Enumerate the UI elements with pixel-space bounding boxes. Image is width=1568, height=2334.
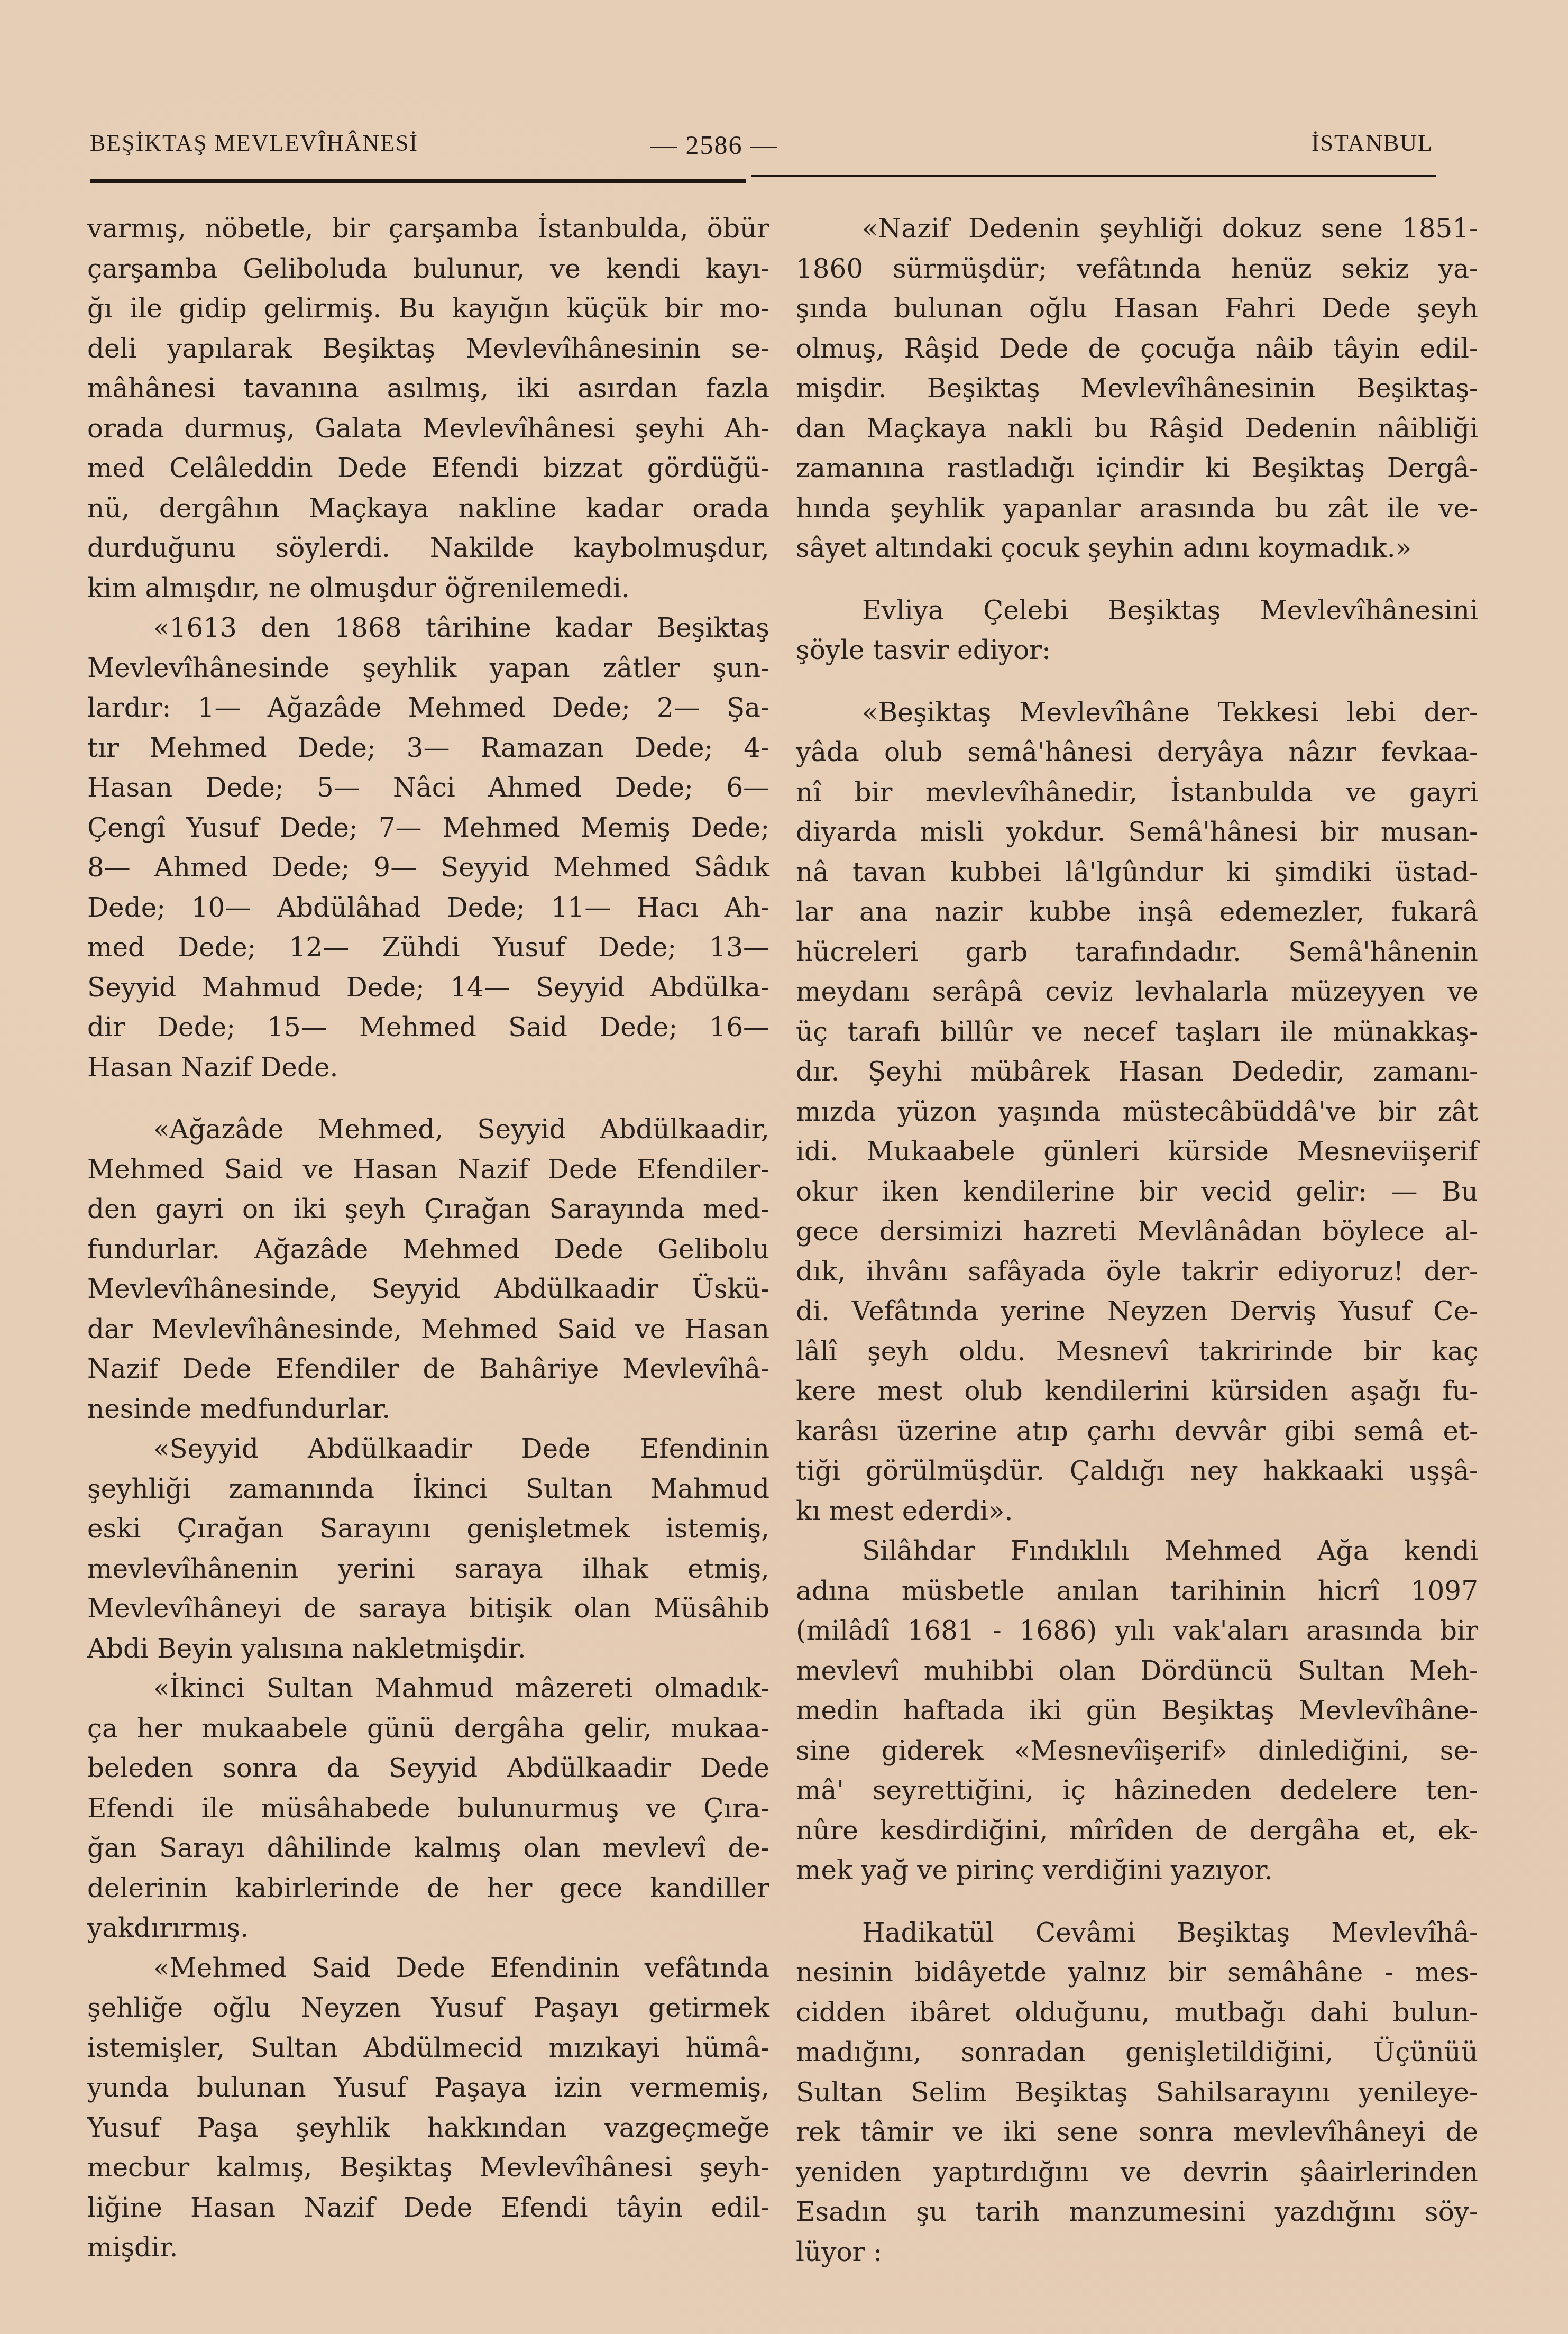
text-line: hında şeyhlik yapanlar arasında bu zât i… bbox=[796, 489, 1478, 529]
text-line: Abdi Beyin yalısına nakletmişdir. bbox=[87, 1629, 769, 1669]
paragraph: Evliya Çelebi Beşiktaş Mevlevîhânesinişö… bbox=[796, 591, 1478, 671]
text-line: Silâhdar Fındıklılı Mehmed Ağa kendi bbox=[796, 1531, 1478, 1571]
text-line: di. Vefâtında yerine Neyzen Derviş Yusuf… bbox=[796, 1292, 1478, 1332]
text-line: eski Çırağan Sarayını genişletmek istemi… bbox=[87, 1509, 769, 1549]
right-column: «Nazif Dedenin şeyhliği dokuz sene 1851-… bbox=[796, 209, 1478, 2272]
text-line: deli yapılarak Beşiktaş Mevlevîhânesinin… bbox=[87, 329, 769, 369]
header-rule-left bbox=[90, 179, 746, 183]
running-header: BEŞİKTAŞ MEVLEVÎHÂNESİ — 2586 — İSTANBUL bbox=[90, 124, 1433, 172]
text-line: den gayri on iki şeyh Çırağan Sarayında … bbox=[87, 1189, 769, 1230]
text-line: hücreleri garb tarafındadır. Semâ'hâneni… bbox=[796, 932, 1478, 973]
text-line: dır. Şeyhi mübârek Hasan Dededir, zamanı… bbox=[796, 1052, 1478, 1092]
text-line: «Beşiktaş Mevlevîhâne Tekkesi lebi der- bbox=[796, 693, 1478, 733]
text-line: mâhânesi tavanına asılmış, iki asırdan f… bbox=[87, 369, 769, 409]
text-line: Yusuf Paşa şeyhlik hakkından vazgeçmeğe bbox=[87, 2108, 769, 2148]
text-line: olmuş, Râşid Dede de çocuğa nâib tâyin e… bbox=[796, 329, 1478, 369]
text-line: meydanı serâpâ ceviz levhalarla müzeyyen… bbox=[796, 972, 1478, 1012]
text-line: lüyor : bbox=[796, 2232, 1478, 2273]
text-line: ğan Sarayı dâhilinde kalmış olan mevlevî… bbox=[87, 1828, 769, 1869]
text-line: Esadın şu tarih manzumesini yazdığını sö… bbox=[796, 2192, 1478, 2232]
text-line: zamanına rastladığı içindir ki Beşiktaş … bbox=[796, 449, 1478, 489]
paragraph: «Seyyid Abdülkaadir Dede Efendininşeyhli… bbox=[87, 1429, 769, 1669]
text-line: şehliğe oğlu Neyzen Yusuf Paşayı getirme… bbox=[87, 1988, 769, 2028]
text-line: adına müsbetle anılan tarihinin hicrî 10… bbox=[796, 1571, 1478, 1612]
text-line: dan Maçkaya nakli bu Râşid Dedenin nâibl… bbox=[796, 409, 1478, 449]
text-line: kı mest ederdi». bbox=[796, 1491, 1478, 1532]
paragraph: «Mehmed Said Dede Efendinin vefâtındaşeh… bbox=[87, 1948, 769, 2268]
paragraph: «Beşiktaş Mevlevîhâne Tekkesi lebi der-y… bbox=[796, 693, 1478, 1532]
text-line: sâyet altındaki çocuk şeyhin adını koyma… bbox=[796, 528, 1478, 569]
text-line: kim almışdır, ne olmuşdur öğrenilemedi. bbox=[87, 569, 769, 609]
text-line: nesinde medfundurlar. bbox=[87, 1389, 769, 1430]
text-line: mevlevî muhibbi olan Dördüncü Sultan Meh… bbox=[796, 1651, 1478, 1691]
text-line: Mevlevîhânesinde, Seyyid Abdülkaadir Üsk… bbox=[87, 1269, 769, 1310]
text-line: yakdırırmış. bbox=[87, 1908, 769, 1948]
text-line: nesinin bidâyetde yalnız bir semâhâne - … bbox=[796, 1953, 1478, 1993]
paragraph-gap bbox=[796, 1891, 1478, 1913]
text-line: lâlî şeyh oldu. Mesnevî takririnde bir k… bbox=[796, 1332, 1478, 1372]
text-line: dir Dede; 15— Mehmed Said Dede; 16— bbox=[87, 1008, 769, 1048]
text-line: delerinin kabirlerinde de her gece kandi… bbox=[87, 1869, 769, 1909]
text-line: Seyyid Mahmud Dede; 14— Seyyid Abdülka- bbox=[87, 968, 769, 1008]
text-line: «Ağazâde Mehmed, Seyyid Abdülkaadir, bbox=[87, 1110, 769, 1150]
text-line: yeniden yaptırdığını ve devrin şâairleri… bbox=[796, 2153, 1478, 2193]
text-line: sine giderek «Mesnevîişerif» dinlediğini… bbox=[796, 1731, 1478, 1771]
paragraph: «İkinci Sultan Mahmud mâzereti olmadık-ç… bbox=[87, 1669, 769, 1948]
text-line: durduğunu söylerdi. Nakilde kaybolmuşdur… bbox=[87, 528, 769, 569]
text-line: medin haftada iki gün Beşiktaş Mevlevîhâ… bbox=[796, 1691, 1478, 1731]
paragraph: varmış, nöbetle, bir çarşamba İstanbulda… bbox=[87, 209, 769, 608]
text-line: gece dersimizi hazreti Mevlânâdan böylec… bbox=[796, 1212, 1478, 1252]
text-line: mecbur kalmış, Beşiktaş Mevlevîhânesi şe… bbox=[87, 2148, 769, 2188]
text-line: «Mehmed Said Dede Efendinin vefâtında bbox=[87, 1948, 769, 1989]
paragraph: «Ağazâde Mehmed, Seyyid Abdülkaadir,Mehm… bbox=[87, 1110, 769, 1429]
text-line: ğı ile gidip gelirmiş. Bu kayığın küçük … bbox=[87, 289, 769, 329]
text-line: med Celâleddin Dede Efendi bizzat gördüğ… bbox=[87, 449, 769, 489]
text-line: Mehmed Said ve Hasan Nazif Dede Efendile… bbox=[87, 1150, 769, 1190]
text-line: Hadikatül Cevâmi Beşiktaş Mevlevîhâ- bbox=[796, 1913, 1478, 1953]
text-line: mişdir. Beşiktaş Mevlevîhânesinin Beşikt… bbox=[796, 369, 1478, 409]
paragraph-gap bbox=[796, 569, 1478, 591]
text-line: şeyhliği zamanında İkinci Sultan Mahmud bbox=[87, 1469, 769, 1509]
text-line: beleden sonra da Seyyid Abdülkaadir Dede bbox=[87, 1749, 769, 1789]
text-line: Mevlevîhâneyi de saraya bitişik olan Müs… bbox=[87, 1589, 769, 1629]
text-line: dık, ihvânı safâyada öyle takrir ediyoru… bbox=[796, 1252, 1478, 1292]
text-line: rek tâmir ve iki sene sonra mevlevîhâney… bbox=[796, 2112, 1478, 2153]
header-section-title: BEŞİKTAŞ MEVLEVÎHÂNESİ bbox=[90, 130, 418, 157]
text-line: şöyle tasvir ediyor: bbox=[796, 630, 1478, 671]
text-line: nî bir mevlevîhânedir, İstanbulda ve gay… bbox=[796, 773, 1478, 813]
text-line: «İkinci Sultan Mahmud mâzereti olmadık- bbox=[87, 1669, 769, 1709]
text-line: mızda yüzon yaşında müstecâbüddâ've bir … bbox=[796, 1092, 1478, 1132]
text-line: nâ tavan kubbei lâ'lgûndur ki şimdiki üs… bbox=[796, 853, 1478, 893]
header-city: İSTANBUL bbox=[1312, 130, 1433, 157]
text-line: yâda olub semâ'hânesi deryâya nâzır fevk… bbox=[796, 733, 1478, 773]
text-line: med Dede; 12— Zühdi Yusuf Dede; 13— bbox=[87, 928, 769, 968]
text-line: «1613 den 1868 târihine kadar Beşiktaş bbox=[87, 608, 769, 648]
paragraph-gap bbox=[87, 1087, 769, 1110]
text-line: liğine Hasan Nazif Dede Efendi tâyin edi… bbox=[87, 2188, 769, 2228]
text-line: cidden ibâret olduğunu, mutbağı dahi bul… bbox=[796, 1993, 1478, 2033]
paragraph: Silâhdar Fındıklılı Mehmed Ağa kendiadın… bbox=[796, 1531, 1478, 1891]
text-line: Sultan Selim Beşiktaş Sahilsarayını yeni… bbox=[796, 2073, 1478, 2113]
text-line: karâsı üzerine atıp çarhı devvâr gibi se… bbox=[796, 1412, 1478, 1452]
text-line: tır Mehmed Dede; 3— Ramazan Dede; 4- bbox=[87, 728, 769, 768]
text-line: 8— Ahmed Dede; 9— Seyyid Mehmed Sâdık bbox=[87, 848, 769, 888]
text-line: Efendi ile müsâhabede bulunurmuş ve Çıra… bbox=[87, 1789, 769, 1829]
text-line: orada durmuş, Galata Mevlevîhânesi şeyhi… bbox=[87, 409, 769, 449]
text-line: «Seyyid Abdülkaadir Dede Efendinin bbox=[87, 1429, 769, 1469]
text-line: madığını, sonradan genişletildiğini, Üçü… bbox=[796, 2033, 1478, 2073]
header-rule-right bbox=[751, 175, 1436, 177]
text-line: yunda bulunan Yusuf Paşaya izin vermemiş… bbox=[87, 2068, 769, 2108]
text-line: diyarda misli yokdur. Semâ'hânesi bir mu… bbox=[796, 812, 1478, 853]
text-line: mişdir. bbox=[87, 2228, 769, 2268]
text-line: fundurlar. Ağazâde Mehmed Dede Gelibolu bbox=[87, 1230, 769, 1270]
text-line: idi. Mukaabele günleri kürside Mesneviiş… bbox=[796, 1132, 1478, 1172]
text-line: tiği görülmüşdür. Çaldığı ney hakkaaki u… bbox=[796, 1451, 1478, 1491]
text-line: Dede; 10— Abdülâhad Dede; 11— Hacı Ah- bbox=[87, 888, 769, 928]
paragraph: «Nazif Dedenin şeyhliği dokuz sene 1851-… bbox=[796, 209, 1478, 569]
paragraph-gap bbox=[796, 671, 1478, 693]
text-line: mek yağ ve pirinç verdiğini yazıyor. bbox=[796, 1851, 1478, 1891]
text-line: varmış, nöbetle, bir çarşamba İstanbulda… bbox=[87, 209, 769, 249]
text-line: çarşamba Geliboluda bulunur, ve kendi ka… bbox=[87, 249, 769, 289]
paragraph: «1613 den 1868 târihine kadar BeşiktaşMe… bbox=[87, 608, 769, 1087]
paragraph: Hadikatül Cevâmi Beşiktaş Mevlevîhâ-nesi… bbox=[796, 1913, 1478, 2273]
text-line: nûre kesdirdiğini, mîrîden de dergâha et… bbox=[796, 1811, 1478, 1851]
page-number: — 2586 — bbox=[650, 130, 778, 160]
text-line: (milâdî 1681 - 1686) yılı vak'aları aras… bbox=[796, 1611, 1478, 1651]
text-line: Evliya Çelebi Beşiktaş Mevlevîhânesini bbox=[796, 591, 1478, 631]
text-line: kere mest olub kendilerini kürsiden aşağ… bbox=[796, 1371, 1478, 1412]
text-line: mevlevîhânenin yerini saraya ilhak etmiş… bbox=[87, 1549, 769, 1589]
text-line: «Nazif Dedenin şeyhliği dokuz sene 1851- bbox=[796, 209, 1478, 249]
text-line: istemişler, Sultan Abdülmecid mızıkayi h… bbox=[87, 2028, 769, 2068]
text-line: dar Mevlevîhânesinde, Mehmed Said ve Has… bbox=[87, 1310, 769, 1350]
text-line: ça her mukaabele günü dergâha gelir, muk… bbox=[87, 1709, 769, 1749]
text-line: nü, dergâhın Maçkaya nakline kadar orada bbox=[87, 489, 769, 529]
text-line: Hasan Dede; 5— Nâci Ahmed Dede; 6— bbox=[87, 768, 769, 808]
text-line: Çengî Yusuf Dede; 7— Mehmed Memiş Dede; bbox=[87, 808, 769, 848]
text-line: Hasan Nazif Dede. bbox=[87, 1048, 769, 1088]
left-column: varmış, nöbetle, bir çarşamba İstanbulda… bbox=[87, 209, 769, 2268]
text-line: Nazif Dede Efendiler de Bahâriye Mevlevî… bbox=[87, 1349, 769, 1389]
text-line: Mevlevîhânesinde şeyhlik yapan zâtler şu… bbox=[87, 648, 769, 689]
text-line: şında bulunan oğlu Hasan Fahri Dede şeyh bbox=[796, 289, 1478, 329]
text-line: lar ana nazir kubbe inşâ edemezler, fuka… bbox=[796, 892, 1478, 932]
text-line: 1860 sürmüşdür; vefâtında henüz sekiz ya… bbox=[796, 249, 1478, 289]
text-line: okur iken kendilerine bir vecid gelir: —… bbox=[796, 1172, 1478, 1212]
text-line: lardır: 1— Ağazâde Mehmed Dede; 2— Şa- bbox=[87, 688, 769, 728]
text-line: üç tarafı billûr ve necef taşları ile mü… bbox=[796, 1012, 1478, 1052]
text-line: mâ' seyrettiğini, iç hâzineden dedelere … bbox=[796, 1771, 1478, 1811]
